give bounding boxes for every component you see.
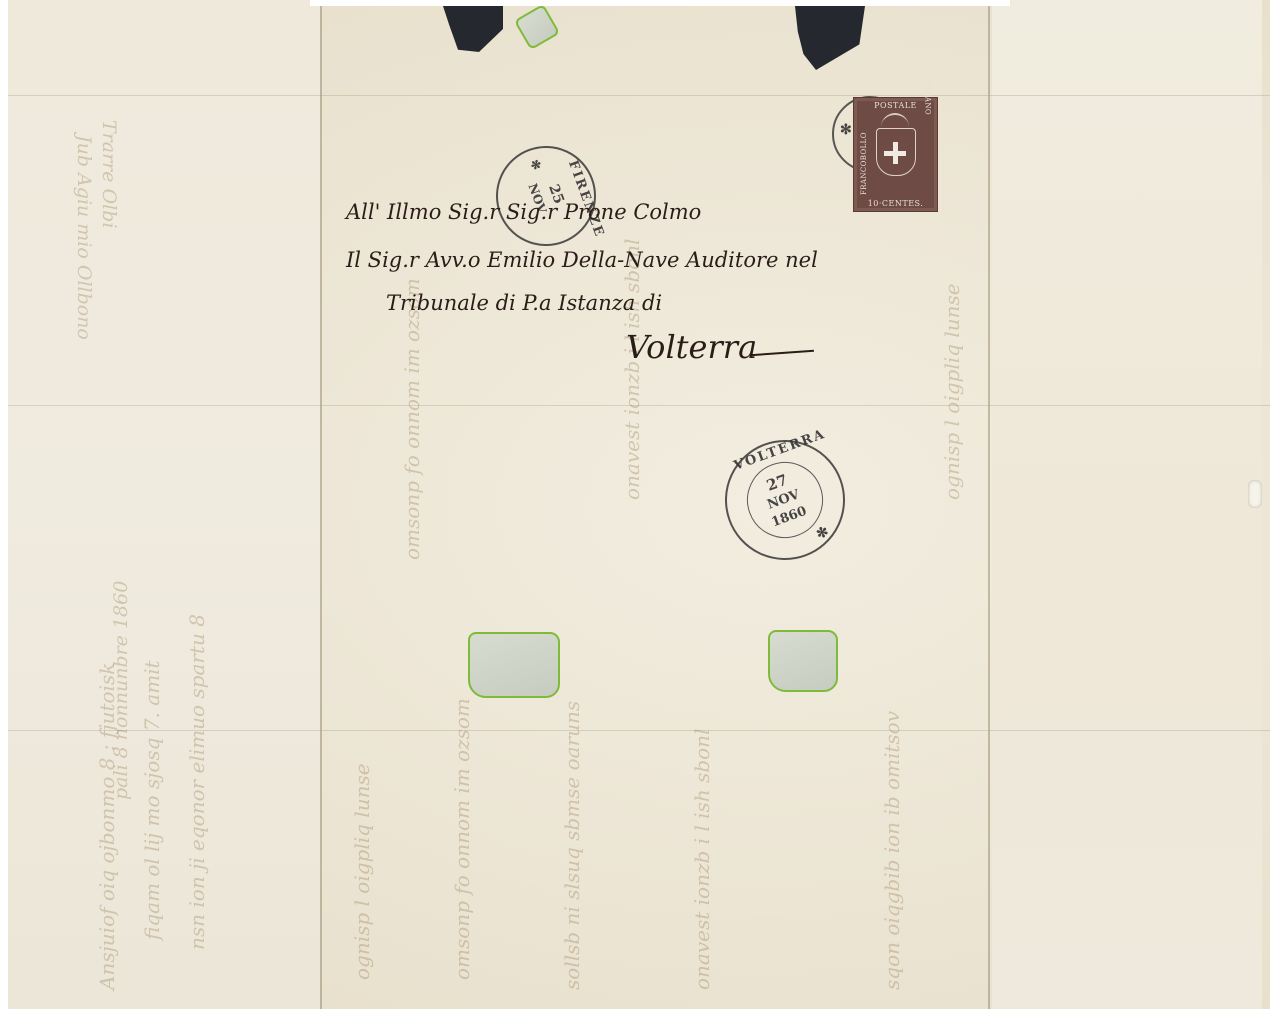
asterisk-ornament-icon: ✻ — [840, 122, 852, 138]
right-fold-panel — [992, 0, 1262, 1009]
postage-stamp: POSTALE FRANCOBOLLO TOSCANO 10·CENTES. — [853, 97, 938, 212]
fold-line-right — [988, 0, 990, 1009]
left-fold-panel — [8, 0, 320, 1009]
faded-text-mid-5: sqon oiqgbib ion ib omitsov — [880, 711, 904, 990]
faded-text-mid-6: omsonp fo onnom im ozsom — [400, 278, 424, 560]
crown-icon — [881, 113, 909, 129]
faded-text-left-2: Jub Agiu mio Ollbono — [73, 135, 95, 340]
faded-text-mid-4: onavest ionzb i l ish sbonl — [690, 729, 714, 990]
address-line-3: Tribunale di P.a Istanza di — [386, 291, 662, 315]
seal-tear-left — [468, 632, 560, 698]
faded-text-mid-7: onavest ionzb i l ish sbonl — [620, 239, 644, 500]
address-city: Volterra — [626, 328, 757, 366]
cross-icon-vertical — [893, 142, 898, 164]
faded-text-mid-3: sollsb ni slsuq sbmse oaruns — [560, 701, 584, 990]
faded-text-left-1: Trarre Olbi — [98, 120, 120, 228]
faded-text-mid-1: ognisp l oigpliq lunse — [350, 763, 374, 980]
address-line-2: Il Sig.r Avv.o Emilio Della-Nave Auditor… — [346, 248, 818, 272]
seal-tear-right — [768, 630, 838, 692]
fold-line-top — [8, 95, 1270, 96]
faded-text-left-lower-2: fiqam ol lij mo sjosq 7. amit — [140, 660, 164, 940]
asterisk-ornament-icon: ✻ — [814, 524, 830, 543]
top-edge-gap — [310, 0, 1010, 6]
faded-text-mid-8: ognisp l oigpliq lunse — [940, 283, 964, 500]
edge-crease — [1248, 480, 1262, 508]
stamp-left-text: FRANCOBOLLO — [860, 132, 868, 195]
faded-text-left-lower-3: nsn ion ji eqonor elimuo spartu 8 — [185, 614, 209, 950]
address-line-1: All' Illmo Sig.r Sig.r Prone Colmo — [346, 200, 701, 224]
stamp-right-text: TOSCANO — [923, 74, 931, 114]
stamp-value-text: 10·CENTES. — [854, 199, 937, 208]
faded-text-left-lower-1: Ansjuiof oiq ojbonmo 8 : fjutoisk — [95, 663, 119, 990]
fold-line-left — [320, 0, 322, 1009]
faded-text-mid-2: omsonp fo onnom im ozsom — [450, 698, 474, 980]
asterisk-ornament-icon: ✻ — [527, 158, 544, 172]
